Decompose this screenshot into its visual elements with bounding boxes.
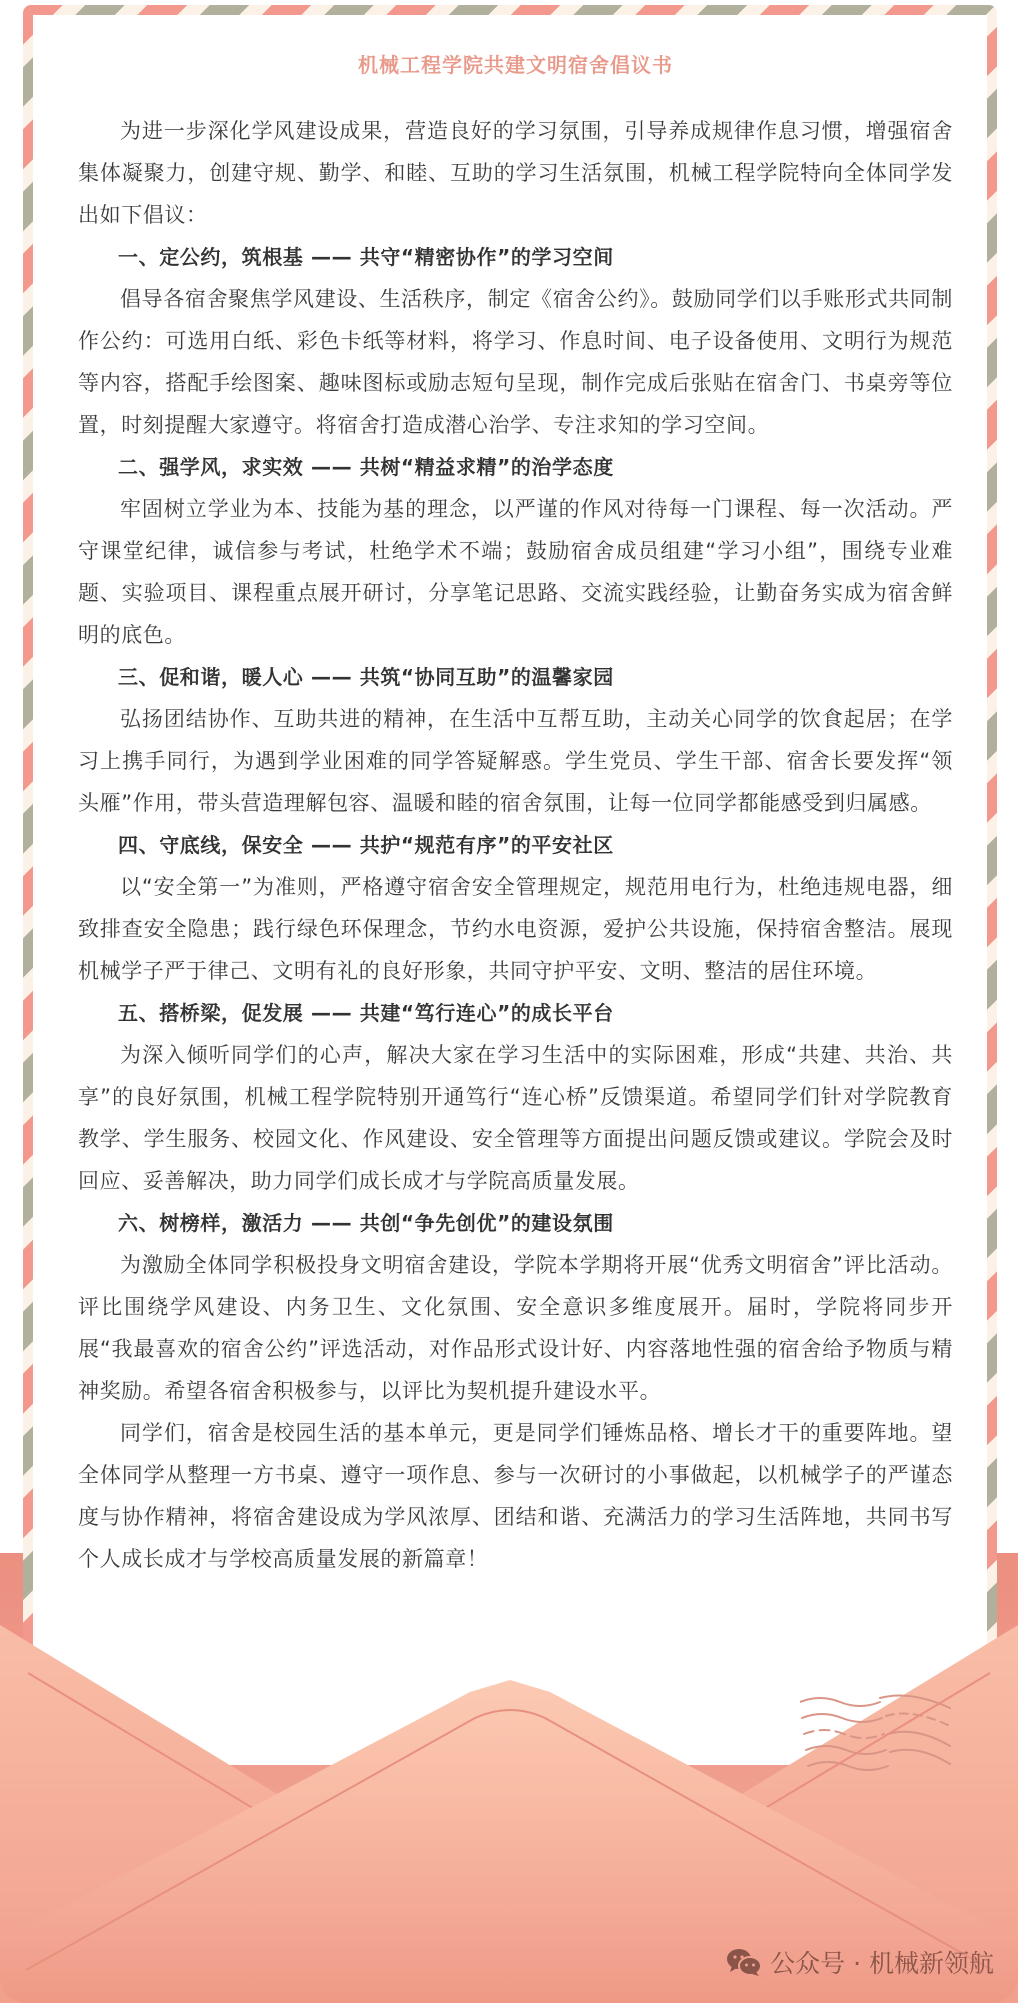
section-body-5: 为深入倾听同学们的心声，解决大家在学习生活中的实际困难，形成“共建、共治、共享”… [78,1034,953,1202]
section-heading-2: 二、强学风，求实效 —— 共树“精益求精”的治学态度 [78,446,953,488]
document-title: 机械工程学院共建文明宿舍倡议书 [78,49,953,78]
document-body: 为进一步深化学风建设成果，营造良好的学习氛围，引导养成规律作息习惯，增强宿舍集体… [78,110,953,1580]
watermark: 公众号 · 机械新领航 [726,1944,994,1980]
section-body-2: 牢固树立学业为本、技能为基的理念，以严谨的作风对待每一门课程、每一次活动。严守课… [78,488,953,656]
section-heading-3: 三、促和谐，暖人心 —— 共筑“协同互助”的温馨家园 [78,656,953,698]
intro-paragraph: 为进一步深化学风建设成果，营造良好的学习氛围，引导养成规律作息习惯，增强宿舍集体… [78,110,953,236]
section-heading-6: 六、树榜样，激活力 —— 共创“争先创优”的建设氛围 [78,1202,953,1244]
section-body-3: 弘扬团结协作、互助共进的精神，在生活中互帮互助，主动关心同学的饮食起居；在学习上… [78,698,953,824]
section-body-4: 以“安全第一”为准则，严格遵守宿舍安全管理规定，规范用电行为，杜绝违规电器，细致… [78,866,953,992]
closing-paragraph: 同学们，宿舍是校园生活的基本单元，更是同学们锤炼品格、增长才干的重要阵地。望全体… [78,1412,953,1580]
section-heading-4: 四、守底线，保安全 —— 共护“规范有序”的平安社区 [78,824,953,866]
section-heading-1: 一、定公约，筑根基 —— 共守“精密协作”的学习空间 [78,236,953,278]
wechat-icon [726,1947,762,1977]
letter-card: 机械工程学院共建文明宿舍倡议书 为进一步深化学风建设成果，营造良好的学习氛围，引… [23,5,997,1765]
watermark-label: 公众号 · 机械新领航 [770,1944,994,1980]
letter-paper: 机械工程学院共建文明宿舍倡议书 为进一步深化学风建设成果，营造良好的学习氛围，引… [33,15,987,1765]
section-heading-5: 五、搭桥梁，促发展 —— 共建“笃行连心”的成长平台 [78,992,953,1034]
section-body-6: 为激励全体同学积极投身文明宿舍建设，学院本学期将开展“优秀文明宿舍”评比活动。评… [78,1244,953,1412]
section-body-1: 倡导各宿舍聚焦学风建设、生活秩序，制定《宿舍公约》。鼓励同学们以手账形式共同制作… [78,278,953,446]
